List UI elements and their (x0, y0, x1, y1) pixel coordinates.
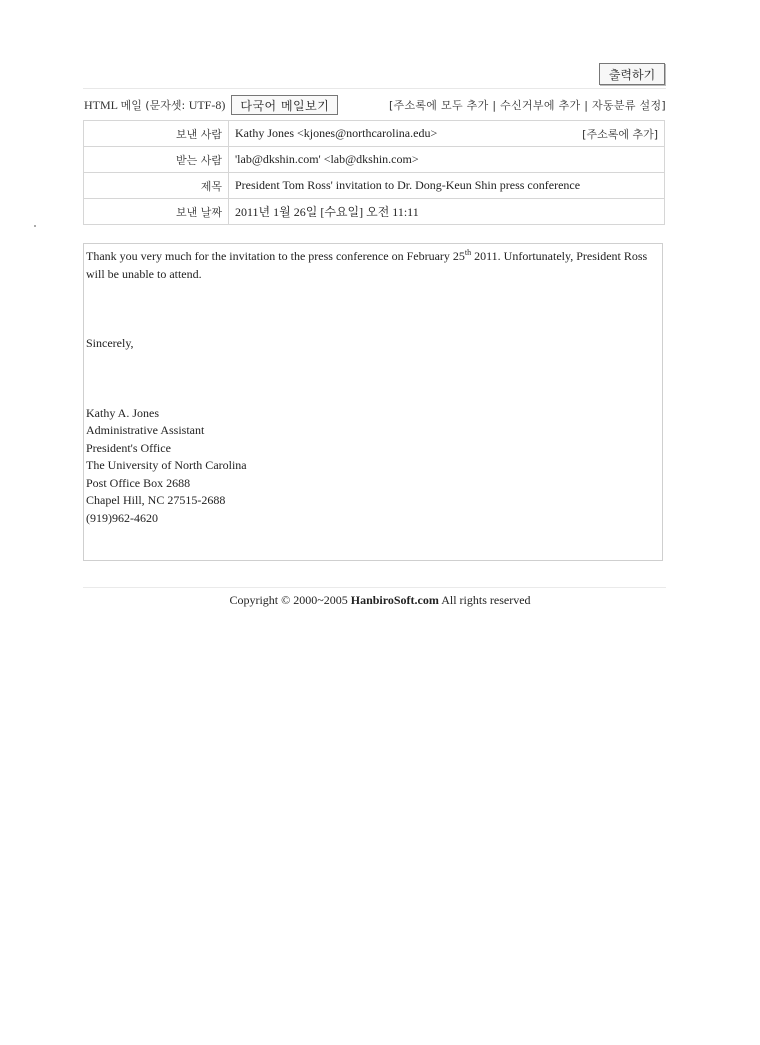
subject-label: 제목 (84, 173, 229, 199)
to-label: 받는 사람 (84, 147, 229, 173)
charset-label: HTML 메일 (문자셋: UTF-8) (84, 97, 225, 113)
print-button[interactable]: 출력하기 (599, 63, 665, 85)
mail-info-bar: HTML 메일 (문자셋: UTF-8) 다국어 메일보기 [주소록에 모두 추… (84, 93, 666, 117)
signature-pobox: Post Office Box 2688 (86, 475, 660, 493)
from-value: Kathy Jones <kjones@northcarolina.edu> (235, 126, 437, 141)
from-row: 보낸 사람 Kathy Jones <kjones@northcarolina.… (84, 121, 665, 147)
body-paragraph: Thank you very much for the invitation t… (86, 248, 660, 283)
mail-header-table: 보낸 사람 Kathy Jones <kjones@northcarolina.… (83, 120, 665, 225)
brand-name: HanbiroSoft.com (351, 593, 439, 607)
copyright-footer: Copyright © 2000~2005 HanbiroSoft.com Al… (0, 593, 760, 608)
multilang-view-button[interactable]: 다국어 메일보기 (231, 95, 338, 115)
subject-value: President Tom Ross' invitation to Dr. Do… (229, 173, 665, 199)
from-label: 보낸 사람 (84, 121, 229, 147)
add-to-addressbook-link[interactable]: [주소록에 추가] (582, 126, 658, 142)
footer-divider (83, 587, 666, 588)
auto-sort-settings-link[interactable]: 자동분류 설정 (592, 99, 661, 112)
to-value: 'lab@dkshin.com' <lab@dkshin.com> (229, 147, 665, 173)
top-divider (83, 88, 666, 89)
add-all-to-addressbook-link[interactable]: 주소록에 모두 추가 (394, 99, 489, 112)
signature-name: Kathy A. Jones (86, 405, 660, 423)
subject-row: 제목 President Tom Ross' invitation to Dr.… (84, 173, 665, 199)
date-row: 보낸 날짜 2011년 1월 26일 [수요일] 오전 11:11 (84, 199, 665, 225)
signature-city: Chapel Hill, NC 27515-2688 (86, 492, 660, 510)
date-label: 보낸 날짜 (84, 199, 229, 225)
date-value: 2011년 1월 26일 [수요일] 오전 11:11 (229, 199, 665, 225)
mail-body: Thank you very much for the invitation t… (83, 243, 663, 561)
address-actions: [주소록에 모두 추가 | 수신거부에 추가 | 자동분류 설정] (389, 97, 666, 113)
signature-office: President's Office (86, 440, 660, 458)
scan-speck (34, 225, 36, 227)
signature-org: The University of North Carolina (86, 457, 660, 475)
signature-phone: (919)962-4620 (86, 510, 660, 528)
add-to-blocklist-link[interactable]: 수신거부에 추가 (500, 99, 580, 112)
to-row: 받는 사람 'lab@dkshin.com' <lab@dkshin.com> (84, 147, 665, 173)
closing-text: Sincerely, (86, 335, 660, 353)
signature-title: Administrative Assistant (86, 422, 660, 440)
